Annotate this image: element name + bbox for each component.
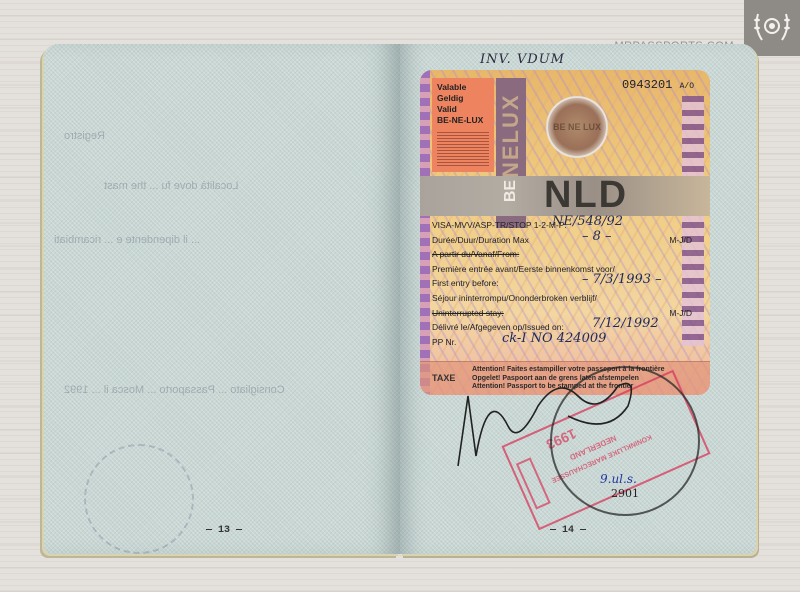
signature-scribble [448,366,648,486]
handwritten-note: 9.ul.s. [600,472,637,486]
visa-field-unit: M-J/D [669,233,692,248]
visa-be-mark: BE [502,180,520,202]
microtext-block [437,132,489,166]
visa-field-label: A partir du/Vanaf/From: [432,249,519,259]
visa-field-value: – 7/3/1993 – [582,273,662,288]
visa-fields: VISA-MVV/ASP-TR/STOP 1-2-M-P:NE/548/92Du… [432,218,702,349]
stamp-code: 2901 [611,487,639,500]
visa-field-label: Uninterrupted stay: [432,308,504,318]
benelux-visa-sticker[interactable]: Valable Geldig Valid BE-NE-LUX BENELUX 0… [420,70,710,395]
visa-field-row: PP Nr.ck-I NO 424009 [432,335,702,350]
visa-field-row: Séjour ininterrompu/Ononderbroken verbli… [432,291,702,306]
visa-field-value: 7/12/1992 [592,317,659,332]
visa-validity-box: Valable Geldig Valid BE-NE-LUX [432,78,494,172]
visa-field-row: Durée/Duur/Duration Max– 8 –M-J/D [432,233,702,248]
visa-field-row: A partir du/Vanaf/From: [432,247,702,262]
bleed-through-text: Registro [64,130,105,142]
open-passport: Registro Località dove fu ... the mast .… [40,38,760,558]
bleed-through-stamp [84,444,194,554]
validity-line: BE-NE-LUX [437,115,489,126]
visa-security-band [420,70,430,395]
visa-field-row: First entry before:– 7/3/1993 – [432,276,702,291]
passport-page-left[interactable]: Registro Località dove fu ... the mast .… [44,44,400,554]
visa-field-label: PP Nr. [432,337,456,347]
serial-number: 0943201 [622,78,672,92]
validity-line: Valid [437,104,489,115]
visa-country-code: NLD [544,174,628,217]
visa-serial-number: 0943201 A/O [622,78,694,92]
passport-page-right[interactable]: INV. VDUM Valable Geldig Valid BE-NE-LUX… [400,44,756,554]
visa-field-value: – 8 – [582,230,612,245]
visa-field-label: VISA-MVV/ASP-TR/STOP 1-2-M-P: [432,220,567,230]
visa-field-row: VISA-MVV/ASP-TR/STOP 1-2-M-P:NE/548/92 [432,218,702,233]
hologram-seal-icon: BE NE LUX [546,96,608,158]
validity-line: Valable [437,82,489,93]
handwritten-annotation: INV. VDUM [480,52,565,67]
visa-field-value: ck-I NO 424009 [502,332,606,347]
hologram-text: BE NE LUX [553,122,601,132]
visa-field-value: NE/548/92 [552,215,623,230]
page-number: — 14 — [550,525,586,536]
visa-field-unit: M-J/D [669,306,692,321]
visa-field-row: Uninterrupted stay:M-J/D [432,306,702,321]
bleed-through-text: Località dove fu ... the mast [104,180,239,192]
visa-field-label: Durée/Duur/Duration Max [432,235,529,245]
page-number: — 13 — [206,525,242,536]
visa-field-label: First entry before: [432,278,499,288]
bleed-through-text: Consigliato ... Passaporto ... Mosca il … [64,384,285,396]
validity-line: Geldig [437,93,489,104]
bleed-through-text: ... il dipendente e ... ricambiati [54,234,200,246]
visa-field-label: Séjour ininterrompu/Ononderbroken verbli… [432,293,597,303]
serial-suffix: A/O [680,82,694,91]
